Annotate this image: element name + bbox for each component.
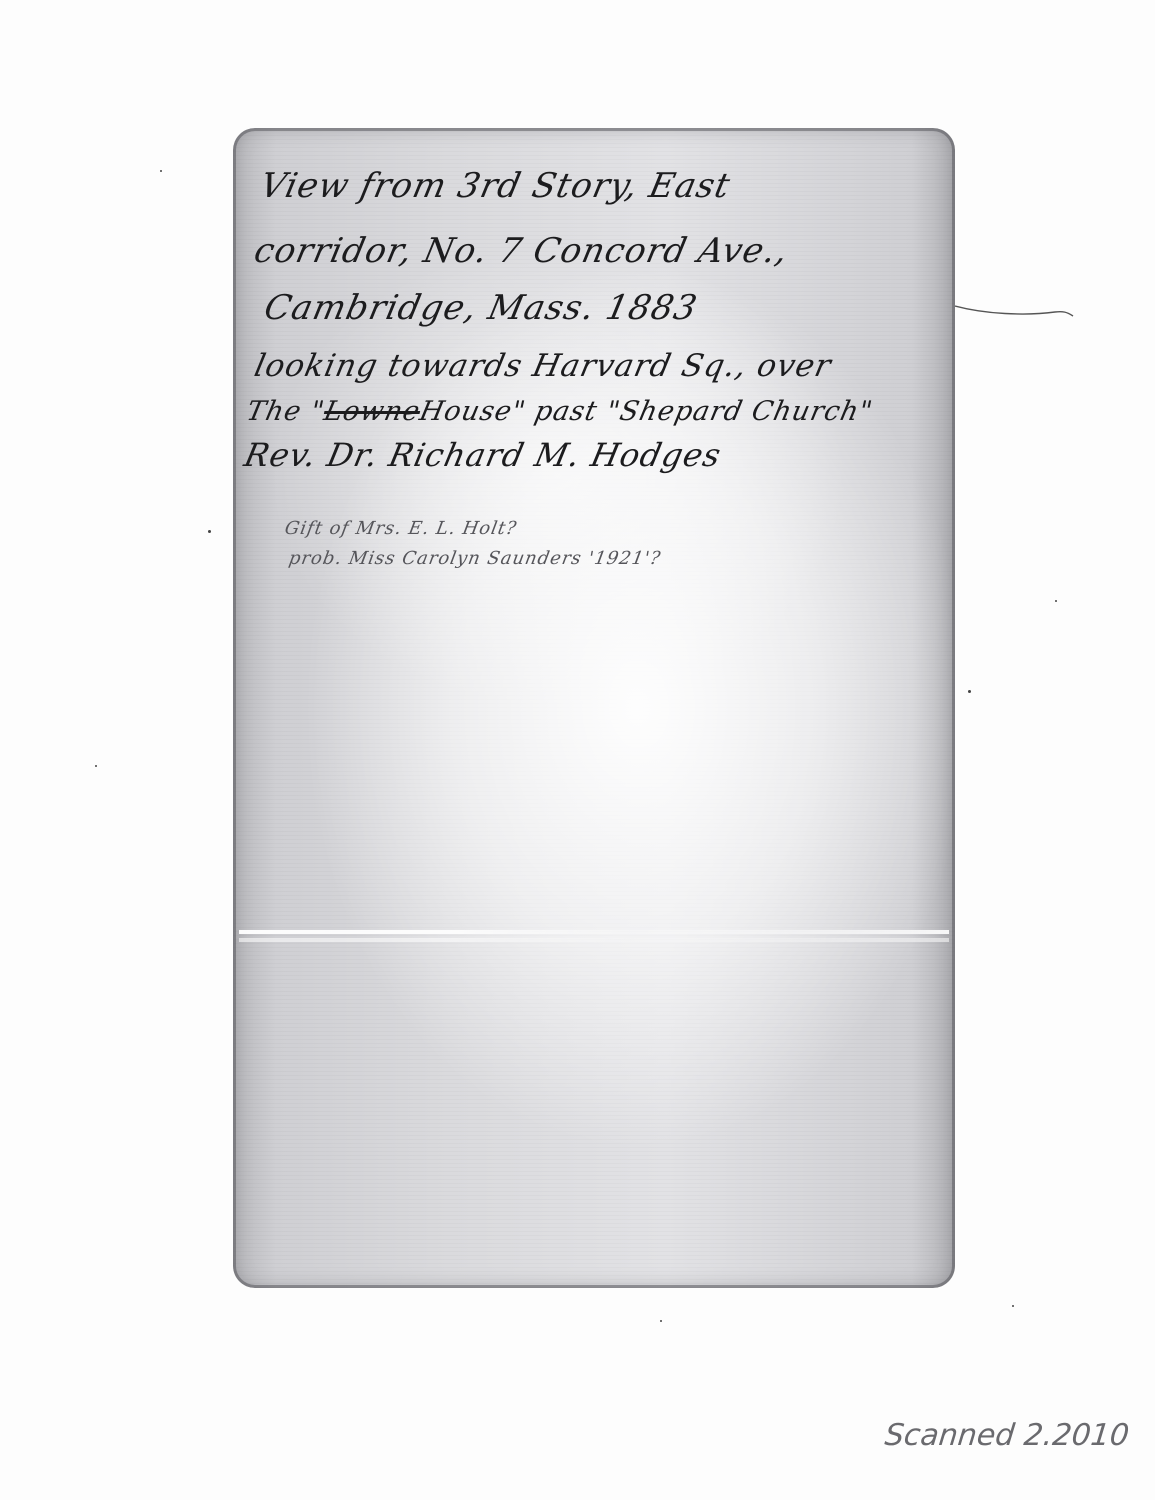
note-line-1: Gift of Mrs. E. L. Holt?	[283, 518, 519, 539]
handwriting-line-5: The "LowneHouse" past "Shepard Church"	[244, 396, 876, 427]
struck-word: Lowne	[321, 396, 423, 427]
scan-speck	[968, 690, 971, 693]
scanned-page: View from 3rd Story, East corridor, No. …	[0, 0, 1155, 1500]
scan-speck	[95, 765, 97, 767]
scan-stripe	[239, 938, 949, 942]
photo-card-back: View from 3rd Story, East corridor, No. …	[233, 128, 955, 1288]
scan-speck	[208, 530, 211, 533]
scan-stripe	[239, 930, 949, 934]
line5-rest: House" past "Shepard Church"	[417, 396, 876, 427]
margin-pencil-line	[955, 300, 1075, 330]
handwriting-line-3: Cambridge, Mass. 1883	[261, 288, 701, 328]
scan-speck	[160, 170, 162, 172]
scan-speck	[660, 1320, 662, 1322]
handwriting-line-6: Rev. Dr. Richard M. Hodges	[241, 436, 725, 474]
scan-date-annotation: Scanned 2.2010	[883, 1418, 1131, 1453]
handwriting-line-1: View from 3rd Story, East	[257, 166, 734, 206]
scan-speck	[1055, 600, 1057, 602]
scan-speck	[1012, 1305, 1014, 1307]
handwriting-line-4: looking towards Harvard Sq., over	[251, 348, 835, 384]
line5-prefix: The "	[244, 396, 328, 427]
note-line-2: prob. Miss Carolyn Saunders '1921'?	[287, 548, 663, 569]
handwriting-line-2: corridor, No. 7 Concord Ave.,	[251, 231, 792, 271]
